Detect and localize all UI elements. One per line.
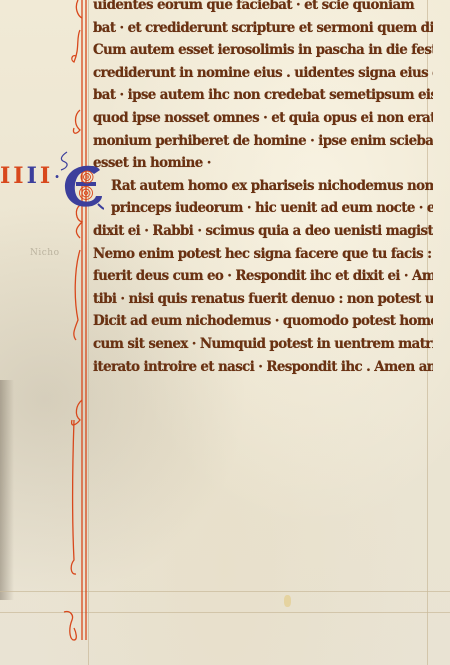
chapter-numeral-blue: I <box>27 163 38 189</box>
text-line: cum sit senex · Numquid potest in uentre… <box>93 332 433 356</box>
chapter-numeral: I I I I · <box>0 165 61 187</box>
wax-stain <box>284 595 291 607</box>
text-line: esset in homine · <box>93 152 433 176</box>
text-line: bat · et crediderunt scripture et sermon… <box>93 16 433 40</box>
text-line: Dicit ad eum nichodemus · quomodo potest… <box>93 310 433 334</box>
manuscript-page: I I I I · Nicho uidentes eorum que facie… <box>0 0 450 665</box>
text-line-after-initial: Rat autem homo ex phariseis nichodemus n… <box>93 174 433 198</box>
chapter-numeral-red-right: I <box>40 163 51 189</box>
text-line: dixit ei · Rabbi · scimus quia a deo uen… <box>93 219 433 243</box>
text-column: uidentes eorum que faciebat · et scie qu… <box>93 0 433 378</box>
text-line: crediderunt in nomine eius . uidentes si… <box>93 61 433 85</box>
marginal-faint-note: Nicho <box>30 248 60 258</box>
text-line: Cum autem esset ierosolimis in pascha in… <box>93 39 433 63</box>
text-line: quod ipse nosset omnes · et quia opus ei… <box>93 106 433 130</box>
text-line: monium perhiberet de homine · ipse enim … <box>93 129 433 153</box>
text-line: bat · ipse autem ihc non credebat semeti… <box>93 84 433 108</box>
penwork-border-icon <box>0 0 100 665</box>
chapter-numeral-red-mid: I <box>13 163 24 189</box>
text-line: iterato introire et nasci · Respondit ih… <box>93 355 433 379</box>
chapter-numeral-red-left: I <box>0 163 11 189</box>
text-line: Nemo enim potest hec signa facere que tu… <box>93 242 433 266</box>
text-line: fuerit deus cum eo · Respondit ihc et di… <box>93 265 433 289</box>
text-line: uidentes eorum que faciebat · et scie qu… <box>93 0 433 17</box>
text-line-after-initial: princeps iudeorum · hic uenit ad eum noc… <box>93 197 433 221</box>
text-line: tibi · nisi quis renatus fuerit denuo : … <box>93 287 433 311</box>
